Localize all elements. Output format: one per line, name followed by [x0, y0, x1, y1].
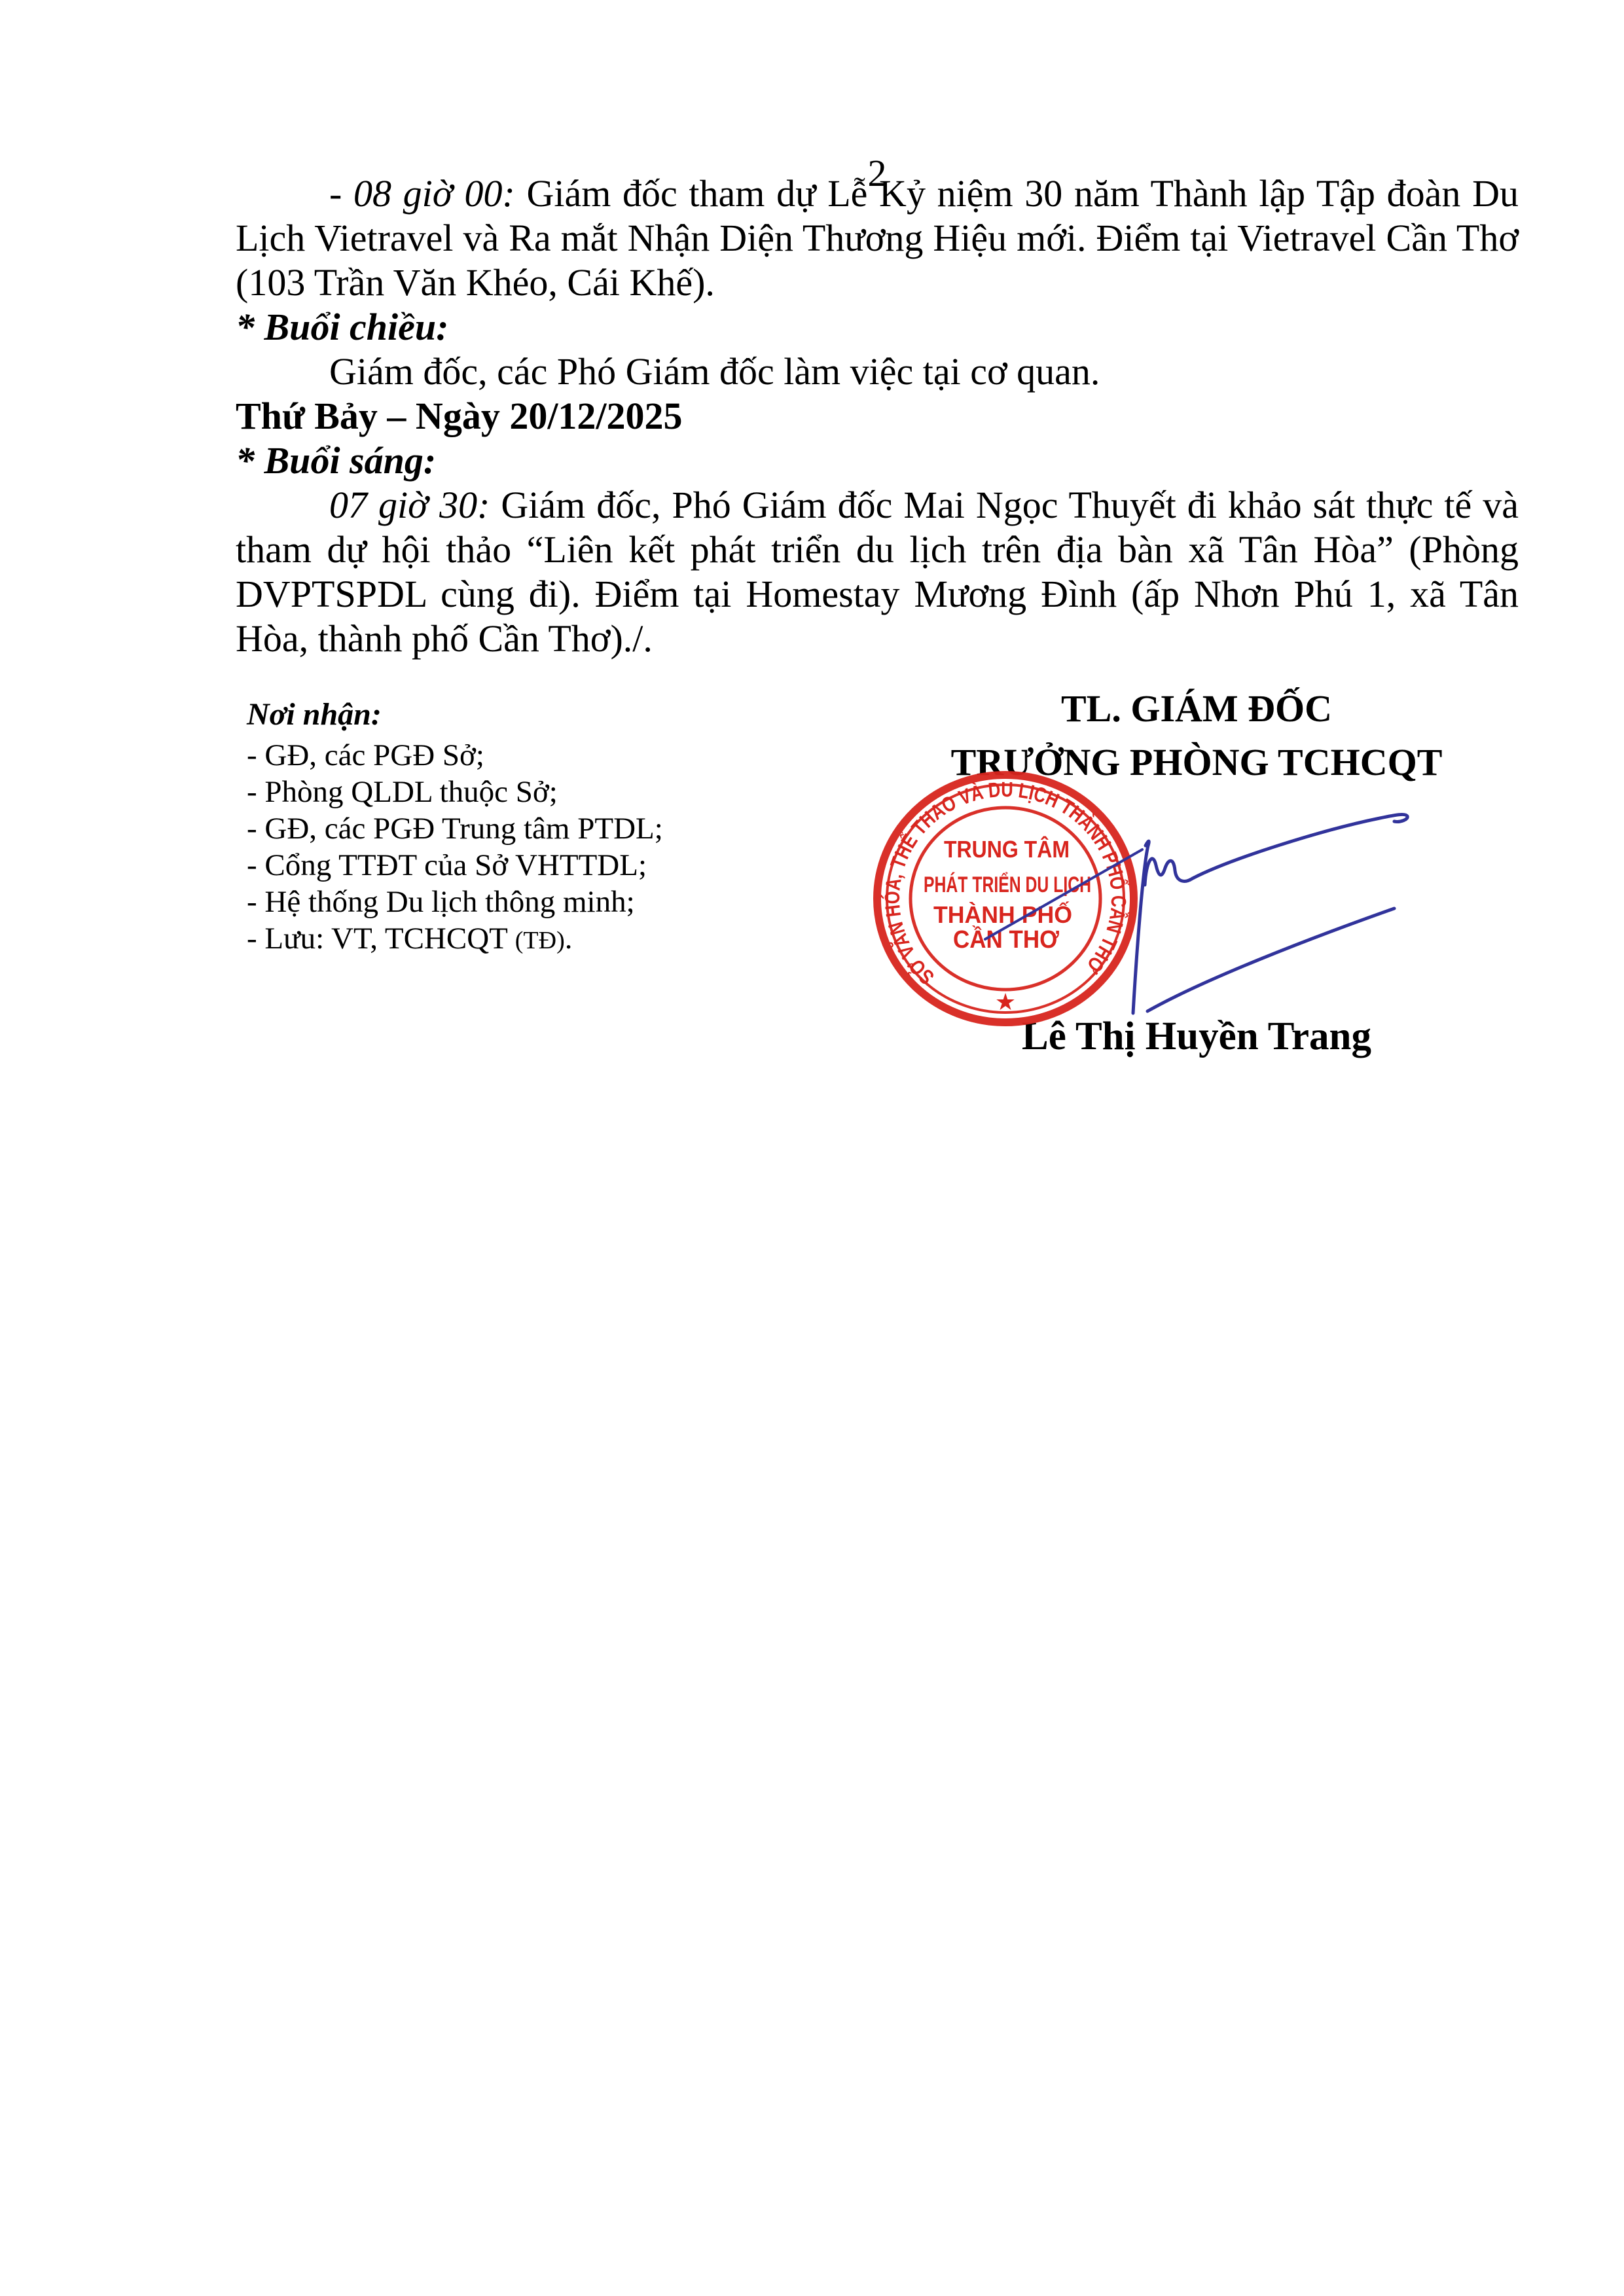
entry-0800-line3: (103 Trần Văn Khéo, Cái Khế). — [236, 260, 1519, 305]
entry-0800-line1: - 08 giờ 00: Giám đốc tham dự Lễ Kỷ niệm… — [236, 171, 1519, 216]
recipient-item: - Hệ thống Du lịch thông minh; — [247, 884, 901, 920]
recipients-block: Nơi nhận: - GĐ, các PGĐ Sở; - Phòng QLDL… — [247, 694, 901, 959]
luu-period: . — [565, 922, 573, 956]
saturday-heading: Thứ Bảy – Ngày 20/12/2025 — [236, 394, 1519, 439]
entry-0730-line4: Hòa, thành phố Cần Thơ)./. — [236, 617, 1519, 661]
recipient-item: - GĐ, các PGĐ Trung tâm PTDL; — [247, 810, 901, 847]
handwritten-signature — [943, 805, 1440, 1080]
signature-loops-and-upper-sweep — [1145, 814, 1407, 885]
afternoon-text: Giám đốc, các Phó Giám đốc làm việc tại … — [236, 350, 1519, 394]
luu-initials: (TĐ) — [515, 927, 565, 954]
entry-0730-text1: Giám đốc, Phó Giám đốc Mai Ngọc Thuyết đ… — [490, 484, 1519, 526]
recipient-item: - Cổng TTĐT của Sở VHTTDL; — [247, 847, 901, 884]
entry-0800-line2: Lịch Vietravel và Ra mắt Nhận Diện Thươn… — [236, 216, 1519, 260]
entry-0730-line2: tham dự hội thảo “Liên kết phát triển du… — [236, 528, 1519, 572]
recipients-heading: Nơi nhận: — [247, 694, 901, 736]
signature-cross-stroke — [985, 850, 1142, 939]
entry-0730-line1: 07 giờ 30: Giám đốc, Phó Giám đốc Mai Ng… — [236, 483, 1519, 528]
entry-0800-text1: Giám đốc tham dự Lễ Kỷ niệm 30 năm Thành… — [515, 172, 1519, 215]
schedule-body: - 08 giờ 00: Giám đốc tham dự Lễ Kỷ niệm… — [236, 171, 1519, 661]
signature-lower-sweep — [1147, 908, 1394, 1011]
recipient-item: - Phòng QLDL thuộc Sở; — [247, 774, 901, 810]
luu-text: - Lưu: VT, TCHCQT — [247, 922, 515, 956]
morning-heading: * Buổi sáng: — [236, 439, 1519, 483]
recipient-item: - GĐ, các PGĐ Sở; — [247, 737, 901, 774]
entry-0730-line3: DVPTSPDL cùng đi). Điểm tại Homestay Mươ… — [236, 572, 1519, 617]
entry-0800-time: - 08 giờ 00: — [329, 172, 515, 215]
recipients-list: - GĐ, các PGĐ Sở; - Phòng QLDL thuộc Sở;… — [247, 737, 901, 959]
entry-0730-time: 07 giờ 30: — [329, 484, 490, 526]
authority-line: TL. GIÁM ĐỐC — [871, 682, 1523, 736]
document-page: 2 - 08 giờ 00: Giám đốc tham dự Lễ Kỷ ni… — [0, 0, 1624, 2296]
afternoon-heading: * Buổi chiều: — [236, 305, 1519, 350]
recipient-item-luu: - Lưu: VT, TCHCQT (TĐ). — [247, 920, 901, 959]
